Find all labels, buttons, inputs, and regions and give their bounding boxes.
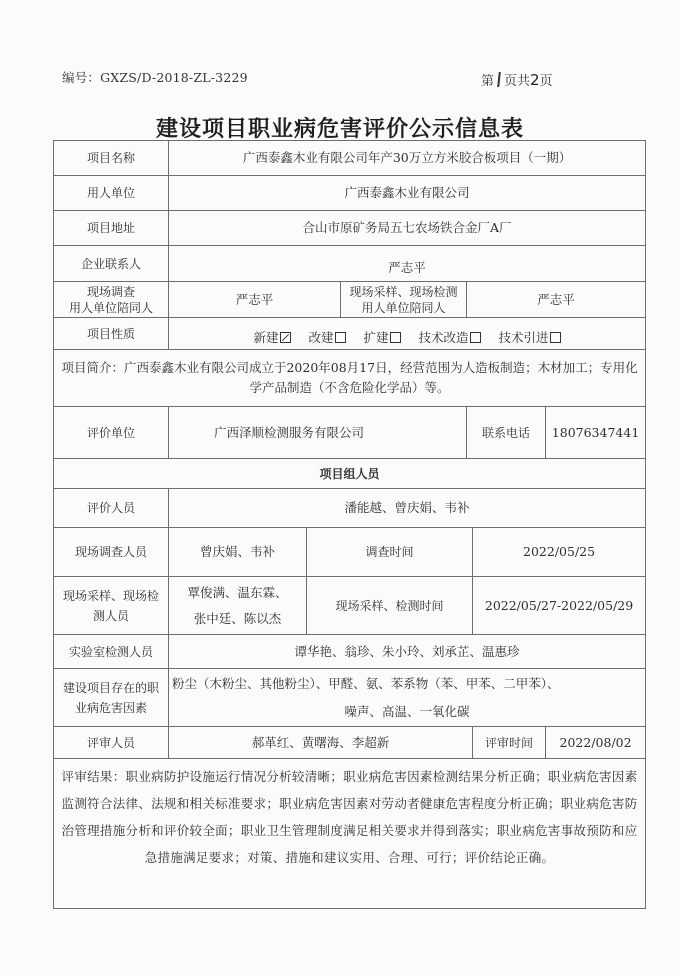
employer-label: 用人单位 [54,176,169,211]
option-expand[interactable]: 扩建 [364,330,401,345]
reviewers-value: 郝革红、黄曙海、李超新 [169,727,473,759]
evaluator-value: 广西泽顺检测服务有限公司 [169,407,467,459]
sampling-staff-value-line2: 张中廷、陈以杰 [172,606,303,632]
review-time-label: 评审时间 [473,727,546,759]
review-result: 评审结果：职业病防护设施运行情况分析较清晰；职业病危害因素检测结果分析正确；职业… [54,759,646,909]
project-intro: 项目简介：广西泰鑫木业有限公司成立于2020年08月17日，经营范围为人造板制造… [54,350,646,407]
hazards-label-line2: 业病危害因素 [57,698,165,718]
page-total: 2 [530,71,540,89]
info-table: 项目名称 广西泰鑫木业有限公司年产30万立方米胶合板项目（一期） 用人单位 广西… [53,140,646,909]
survey-time-label: 调查时间 [307,528,473,577]
sampling-companion-value: 严志平 [467,282,646,318]
sampling-staff-value-line1: 覃俊满、温东霖、 [172,580,303,606]
document-number: 编号：GXZS/D-2018-ZL-3229 [62,68,248,86]
page-suffix: 页 [540,74,553,89]
row-hazards: 建设项目存在的职 业病危害因素 粉尘（木粉尘、其他粉尘）、甲醛、氨、苯系物（苯、… [54,669,646,727]
page-mid: 页共 [504,74,530,89]
row-team-section: 项目组人员 [54,459,646,489]
page-prefix: 第 [481,74,494,89]
row-intro: 项目简介：广西泰鑫木业有限公司成立于2020年08月17日，经营范围为人造板制造… [54,350,646,407]
sampling-companion-label-line1: 现场采样、现场检测 [344,284,463,300]
hazards-value-line1: 粉尘（木粉尘、其他粉尘）、甲醛、氨、苯系物（苯、甲苯、二甲苯）、 [172,670,642,698]
checkbox-checked-icon[interactable] [280,332,291,343]
option-rebuild[interactable]: 改建 [309,330,346,345]
project-name-label: 项目名称 [54,141,169,176]
checkbox-empty-icon[interactable] [335,332,346,343]
survey-companion-label-line2: 用人单位陪同人 [57,300,165,316]
address-label: 项目地址 [54,211,169,246]
survey-companion-label: 现场调查 用人单位陪同人 [54,282,169,318]
row-project-nature: 项目性质 新建 改建 扩建 技术改造 技术引进 [54,318,646,350]
phone-label: 联系电话 [467,407,546,459]
row-evaluator: 评价单位 广西泽顺检测服务有限公司 联系电话 18076347441 [54,407,646,459]
sampling-companion-label: 现场采样、现场检测 用人单位陪同人 [341,282,467,318]
hazards-value-line2: 噪声、高温、一氧化碳 [172,698,642,726]
evaluator-label: 评价单位 [54,407,169,459]
sampling-companion-label-line2: 用人单位陪同人 [344,300,463,316]
sampling-staff-label-line2: 测人员 [57,606,165,626]
row-lab-staff: 实验室检测人员 谭华艳、翁珍、朱小玲、刘承芷、温惠珍 [54,635,646,669]
sampling-time-value: 2022/05/27-2022/05/29 [473,577,646,635]
row-project-name: 项目名称 广西泰鑫木业有限公司年产30万立方米胶合板项目（一期） [54,141,646,176]
reviewers-label: 评审人员 [54,727,169,759]
employer-value: 广西泰鑫木业有限公司 [169,176,646,211]
page-current-handwritten [497,72,501,87]
row-address: 项目地址 合山市原矿务局五七农场铁合金厂A厂 [54,211,646,246]
project-name-value: 广西泰鑫木业有限公司年产30万立方米胶合板项目（一期） [169,141,646,176]
survey-staff-label: 现场调查人员 [54,528,169,577]
row-sampling-staff: 现场采样、现场检 测人员 覃俊满、温东霖、 张中廷、陈以杰 现场采样、检测时间 … [54,577,646,635]
contact-label: 企业联系人 [54,246,169,282]
survey-time-value: 2022/05/25 [473,528,646,577]
project-nature-options: 新建 改建 扩建 技术改造 技术引进 [169,318,646,350]
option-tech-import[interactable]: 技术引进 [499,330,561,345]
row-employer: 用人单位 广西泰鑫木业有限公司 [54,176,646,211]
sampling-staff-label: 现场采样、现场检 测人员 [54,577,169,635]
checkbox-empty-icon[interactable] [550,332,561,343]
evaluation-staff-label: 评价人员 [54,489,169,528]
option-new-build[interactable]: 新建 [254,330,291,345]
hazards-value: 粉尘（木粉尘、其他粉尘）、甲醛、氨、苯系物（苯、甲苯、二甲苯）、 噪声、高温、一… [169,669,646,727]
address-value: 合山市原矿务局五七农场铁合金厂A厂 [169,211,646,246]
phone-value: 18076347441 [546,407,646,459]
row-evaluation-staff: 评价人员 潘能越、曾庆娟、韦补 [54,489,646,528]
project-nature-label: 项目性质 [54,318,169,350]
hazards-label-line1: 建设项目存在的职 [57,678,165,698]
sampling-time-label: 现场采样、检测时间 [307,577,473,635]
row-companions: 现场调查 用人单位陪同人 严志平 现场采样、现场检测 用人单位陪同人 严志平 [54,282,646,318]
team-section-heading: 项目组人员 [54,459,646,489]
page-indicator: 第页共2页 [481,70,553,89]
sampling-staff-label-line1: 现场采样、现场检 [57,586,165,606]
row-review-result: 评审结果：职业病防护设施运行情况分析较清晰；职业病危害因素检测结果分析正确；职业… [54,759,646,909]
survey-staff-value: 曾庆娟、韦补 [169,528,307,577]
hazards-label: 建设项目存在的职 业病危害因素 [54,669,169,727]
row-survey-staff: 现场调查人员 曾庆娟、韦补 调查时间 2022/05/25 [54,528,646,577]
sampling-staff-value: 覃俊满、温东霖、 张中廷、陈以杰 [169,577,307,635]
survey-companion-value: 严志平 [169,282,341,318]
option-tech-upgrade[interactable]: 技术改造 [419,330,481,345]
row-contact: 企业联系人 严志平 [54,246,646,282]
lab-staff-value: 谭华艳、翁珍、朱小玲、刘承芷、温惠珍 [169,635,646,669]
review-time-value: 2022/08/02 [546,727,646,759]
contact-value: 严志平 [169,246,646,282]
lab-staff-label: 实验室检测人员 [54,635,169,669]
page-title: 建设项目职业病危害评价公示信息表 [0,112,680,143]
evaluation-staff-value: 潘能越、曾庆娟、韦补 [169,489,646,528]
checkbox-empty-icon[interactable] [470,332,481,343]
row-reviewers: 评审人员 郝革红、黄曙海、李超新 评审时间 2022/08/02 [54,727,646,759]
checkbox-empty-icon[interactable] [390,332,401,343]
survey-companion-label-line1: 现场调查 [57,284,165,300]
